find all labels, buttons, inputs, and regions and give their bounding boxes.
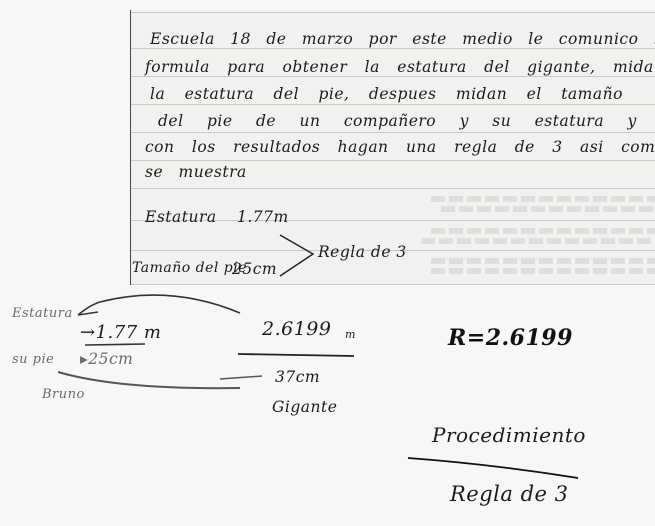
handwritten-page: Escuela 18 de marzo por este medio le co… — [0, 0, 655, 526]
hand-drawn-strokes — [0, 0, 655, 526]
